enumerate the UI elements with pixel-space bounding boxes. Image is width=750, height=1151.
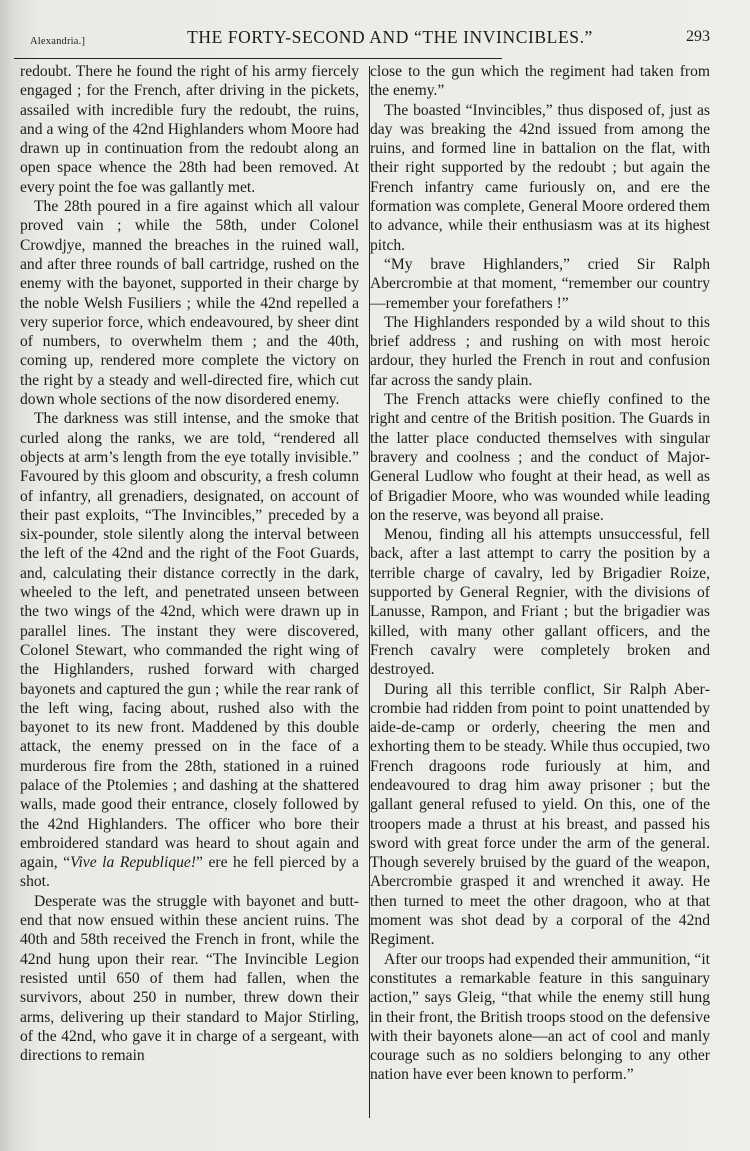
paragraph: The French attacks were chiefly confined… (370, 390, 710, 525)
paragraph: After our troops had expended their ammu… (370, 950, 710, 1085)
header-rule (14, 58, 502, 59)
paragraph: close to the gun which the regiment had … (370, 62, 710, 101)
paragraph: The boasted “Invincibles,” thus disposed… (370, 101, 710, 255)
paragraph: The Highlanders responded by a wild shou… (370, 313, 710, 390)
paragraph: “My brave Highlanders,” cried Sir Ralph … (370, 255, 710, 313)
page-title: THE FORTY-SECOND AND “THE INVINCIBLES.” (150, 27, 630, 48)
paragraph: redoubt. There he found the right of his… (20, 62, 359, 197)
paragraph-text: The darkness was still intense, and the … (20, 410, 359, 871)
right-column: close to the gun which the regiment had … (370, 62, 710, 1085)
paragraph: Desperate was the struggle with bayonet … (20, 892, 359, 1066)
page-number: 293 (686, 28, 710, 46)
paragraph: The 28th poured in a fire against which … (20, 197, 359, 409)
paragraph: Menou, finding all his attempts unsucces… (370, 525, 710, 679)
page-header: Alexandria.] THE FORTY-SECOND AND “THE I… (30, 0, 710, 55)
italic-quote: Vive la Repub­lique! (70, 854, 196, 871)
text-columns: redoubt. There he found the right of his… (20, 62, 720, 1122)
paragraph: The darkness was still intense, and the … (20, 409, 359, 891)
column-divider (369, 66, 370, 1118)
paragraph: During all this terrible conflict, Sir R… (370, 680, 710, 950)
left-column: redoubt. There he found the right of his… (20, 62, 359, 1065)
running-head: Alexandria.] (30, 36, 85, 47)
